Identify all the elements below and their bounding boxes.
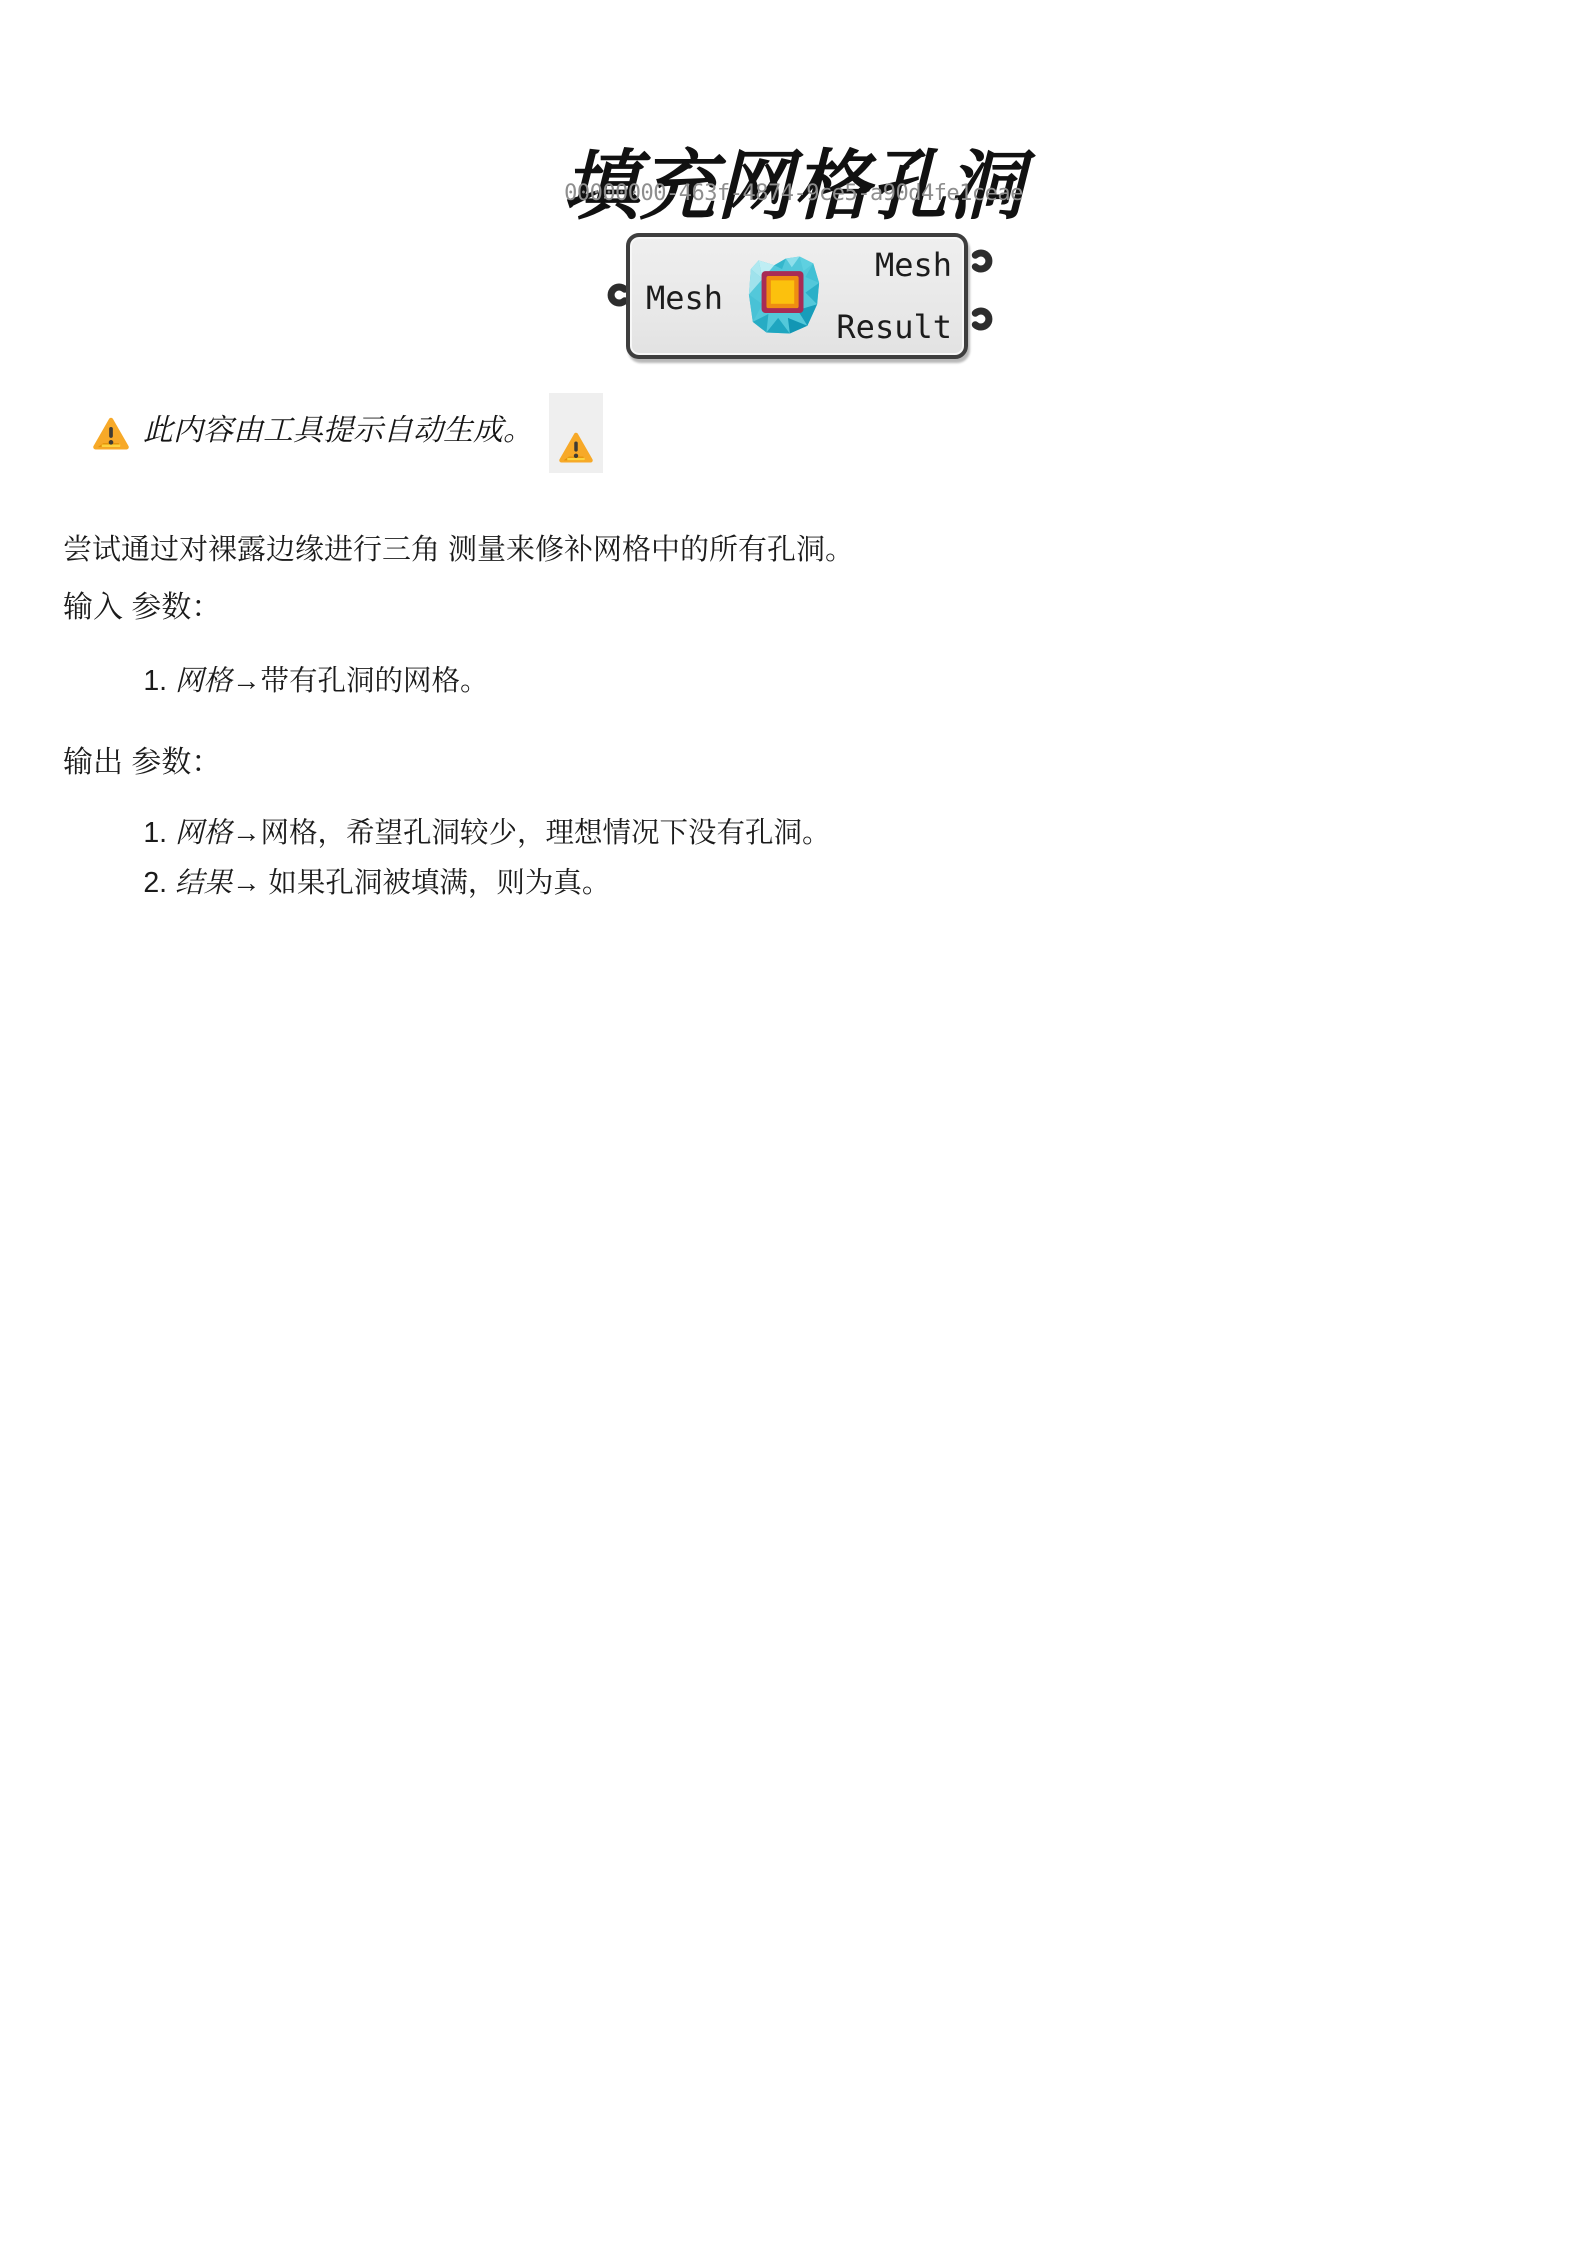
inputs-list: 网格→带有孔洞的网格。 (63, 656, 489, 706)
output-param-mesh: 网格→网格，希望孔洞较少，理想情况下没有孔洞。 (175, 808, 831, 858)
param-name: 网格 (175, 817, 232, 849)
warning-icon (92, 417, 130, 451)
param-name: 网格 (175, 665, 232, 697)
component-input-label: Mesh (646, 278, 723, 318)
param-desc: 网格，希望孔洞较少，理想情况下没有孔洞。 (261, 817, 831, 849)
inputs-heading: 输入 参数： (63, 582, 221, 626)
output-param-result: 结果→ 如果孔洞被填满，则为真。 (175, 858, 831, 908)
param-arrow: → (232, 817, 261, 849)
param-desc: 带有孔洞的网格。 (261, 665, 489, 697)
warning-icon-placeholder (549, 393, 603, 473)
page-title: 填充网格孔洞 (0, 125, 1587, 234)
component-guid: 00000000-463f-4874-9ce5-a90d4fe1ceae (0, 181, 1587, 206)
auto-generated-notice: 此内容由工具提示自动生成。 (92, 393, 603, 473)
component-output-label-mesh: Mesh (875, 245, 952, 285)
document-page: 填充网格孔洞 00000000-463f-4874-9ce5-a90d4fe1c… (0, 0, 1587, 2244)
component-body: Mesh Mesh Result (626, 233, 968, 359)
param-name: 结果 (175, 867, 232, 899)
param-desc: 如果孔洞被填满，则为真。 (261, 867, 611, 899)
component-description: 尝试通过对裸露边缘进行三角 测量来修补网格中的所有孔洞。 (63, 528, 854, 572)
component-output-label-result: Result (836, 307, 952, 347)
mesh-fill-holes-icon (745, 253, 823, 337)
notice-text: 此内容由工具提示自动生成。 (143, 409, 533, 453)
outputs-list: 网格→网格，希望孔洞较少，理想情况下没有孔洞。 结果→ 如果孔洞被填满，则为真。 (63, 808, 831, 908)
input-param-mesh: 网格→带有孔洞的网格。 (175, 656, 489, 706)
warning-icon (558, 432, 594, 464)
grasshopper-component: Mesh Mesh Result (604, 231, 996, 373)
output-connector-mesh-icon (968, 248, 994, 274)
output-connector-result-icon (968, 306, 994, 332)
param-arrow: → (232, 665, 261, 697)
param-arrow: → (232, 867, 261, 899)
outputs-heading: 输出 参数： (63, 737, 221, 781)
